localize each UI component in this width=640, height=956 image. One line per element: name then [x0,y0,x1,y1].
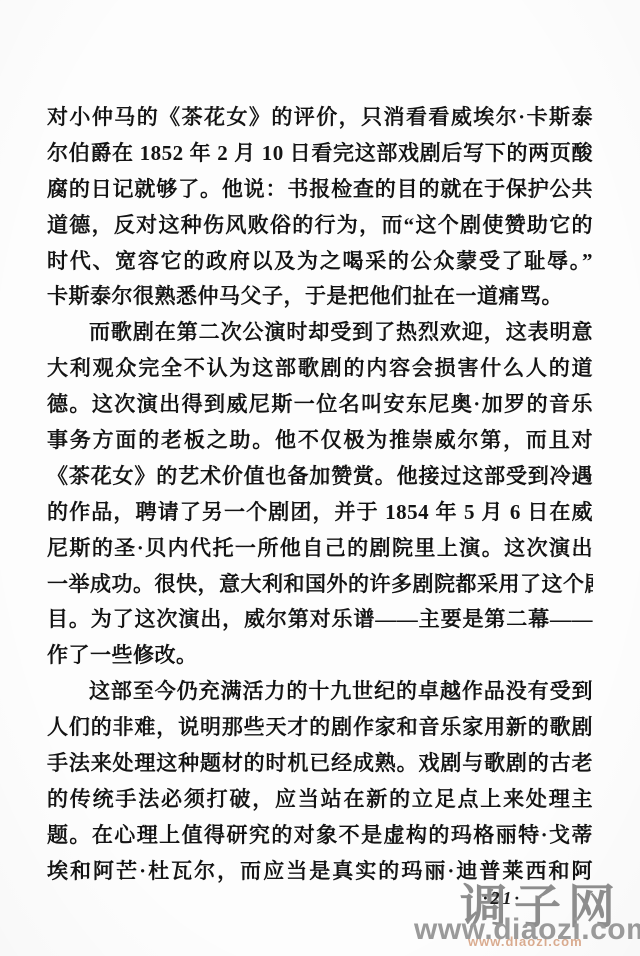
text-line: 德。这次演出得到威尼斯一位名叫安东尼奥·加罗的音乐 [47,387,593,423]
text-line: 道德，反对这种伤风败俗的行为，而“这个剧使赞助它的 [47,208,593,244]
text-line: 目。为了这次演出，威尔第对乐谱——主要是第二幕—— [47,602,593,638]
text-line: 的作品，聘请了另一个剧团，并于 1854 年 5 月 6 日在威 [47,495,593,531]
watermark-site-url: www.diaozi.com [414,913,640,947]
text-line: 一举成功。很快，意大利和国外的许多剧院都采用了这个剧 [47,567,593,603]
text-line: 大利观众完全不认为这部歌剧的内容会损害什么人的道 [47,351,593,387]
text-line: 的传统手法必须打破，应当站在新的立足点上来处理主 [47,782,593,818]
text-line: 题。在心理上值得研究的对象不是虚构的玛格丽特·戈蒂 [47,818,593,854]
text-line: 尔伯爵在 1852 年 2 月 10 日看完这部戏剧后写下的两页酸 [47,136,593,172]
text-line: 对小仲马的《茶花女》的评价，只消看看威埃尔·卡斯泰 [47,100,593,136]
text-line: 而歌剧在第二次公演时却受到了热烈欢迎，这表明意 [47,315,593,351]
text-line: 这部至今仍充满活力的十九世纪的卓越作品没有受到 [47,674,593,710]
body-text-block: 对小仲马的《茶花女》的评价，只消看看威埃尔·卡斯泰尔伯爵在 1852 年 2 月… [47,100,593,890]
text-line: 作了一些修改。 [47,638,593,674]
text-line: 时代、宽容它的政府以及为之喝采的公众蒙受了耻辱。” [47,244,593,280]
text-line: 人们的非难，说明那些天才的剧作家和音乐家用新的歌剧 [47,710,593,746]
text-line: 手法来处理这种题材的时机已经成熟。戏剧与歌剧的古老 [47,746,593,782]
scanned-book-page: 对小仲马的《茶花女》的评价，只消看看威埃尔·卡斯泰尔伯爵在 1852 年 2 月… [0,0,640,956]
text-line: 事务方面的老板之助。他不仅极为推崇威尔第，而且对 [47,423,593,459]
text-line: 卡斯泰尔很熟悉仲马父子，于是把他们扯在一道痛骂。 [47,279,593,315]
page-number: ·21· [483,888,522,909]
text-line: 腐的日记就够了。他说：书报检查的目的就在于保护公共 [47,172,593,208]
text-line: 《茶花女》的艺术价值也备加赞赏。他接过这部受到冷遇 [47,459,593,495]
text-line: 尼斯的圣·贝内代托一所他自己的剧院里上演。这次演出 [47,531,593,567]
